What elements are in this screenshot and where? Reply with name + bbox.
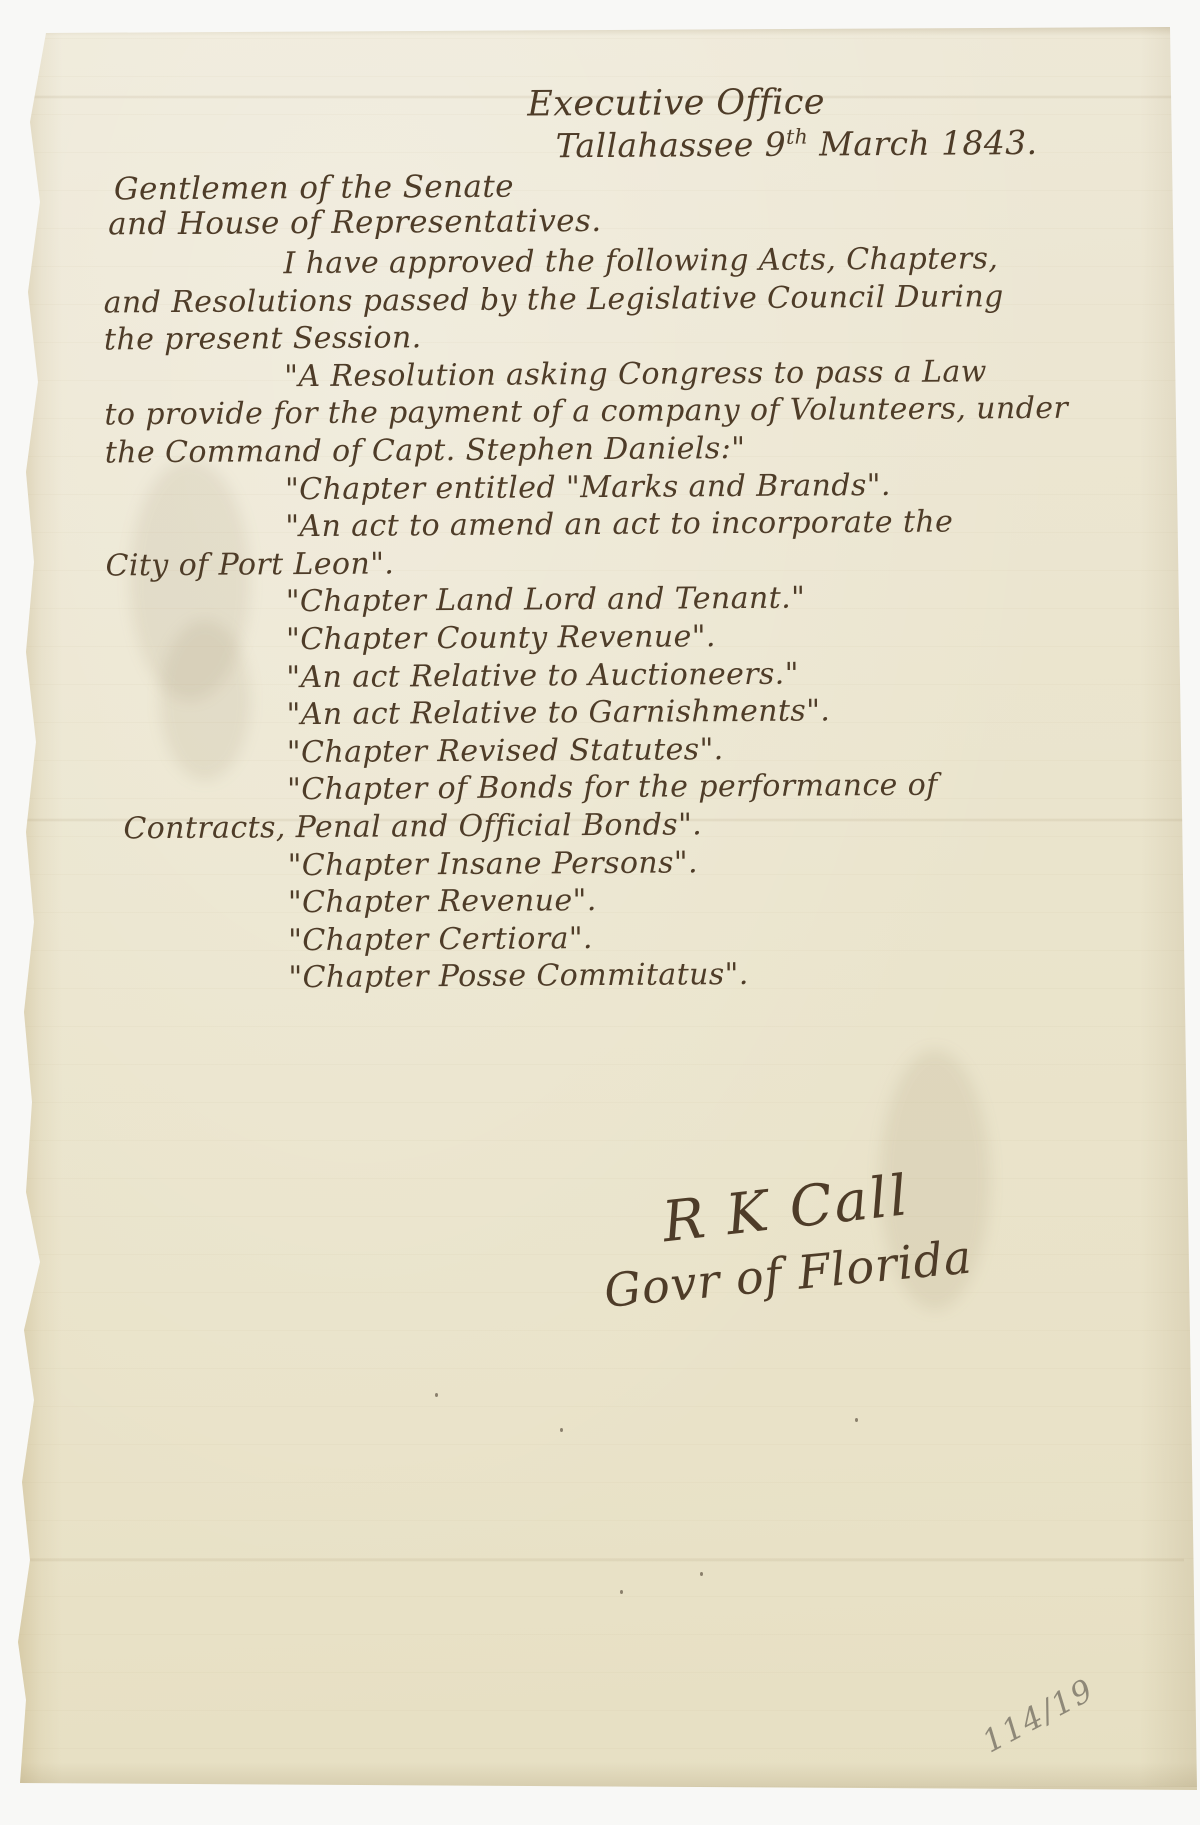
letter-body-line: "Chapter of Bonds for the performance of	[287, 766, 1107, 809]
letter-body-line: to provide for the payment of a company …	[104, 390, 1104, 435]
dateline-place-day: Tallahassee 9	[555, 125, 786, 166]
letter-body-line: "Chapter Certiora".	[288, 916, 1108, 959]
salutation-line-1: Gentlemen of the Senate	[114, 169, 514, 208]
letter-body-line: "An act Relative to Auctioneers."	[286, 653, 1106, 696]
letter-content: Executive Office Tallahassee 9th March 1…	[0, 0, 1200, 1825]
letter-body-line: "Chapter entitled "Marks and Brands".	[285, 465, 1105, 508]
letter-body-line: "An act to amend an act to incorporate t…	[285, 503, 1105, 546]
letter-dateline: Tallahassee 9th March 1843.	[555, 123, 1037, 165]
letter-body-line: "An act Relative to Garnishments".	[286, 691, 1106, 734]
letter-body-line: I have approved the following Acts, Chap…	[283, 239, 1103, 282]
letter-body-line: "Chapter County Revenue".	[286, 615, 1106, 658]
dateline-ordinal-suffix: th	[786, 125, 808, 149]
document-page: Executive Office Tallahassee 9th March 1…	[0, 0, 1200, 1825]
letter-body-line: "A Resolution asking Congress to pass a …	[284, 352, 1104, 395]
letter-body: I have approved the following Acts, Chap…	[103, 239, 1108, 998]
letter-body-line: and Resolutions passed by the Legislativ…	[104, 277, 1104, 322]
letter-body-line: "Chapter Posse Commitatus".	[288, 954, 1108, 997]
letter-body-line: "Chapter Revised Statutes".	[287, 728, 1107, 771]
dateline-month-year: March 1843.	[808, 123, 1038, 164]
signature-title: Govr of Florida	[602, 1229, 975, 1318]
letter-body-line: "Chapter Insane Persons".	[288, 841, 1108, 884]
letter-office-heading: Executive Office	[527, 82, 825, 124]
salutation-line-2: and House of Representatives.	[108, 203, 602, 242]
letter-body-line: "Chapter Land Lord and Tenant."	[286, 578, 1106, 621]
letter-body-line: "Chapter Revenue".	[288, 879, 1108, 922]
